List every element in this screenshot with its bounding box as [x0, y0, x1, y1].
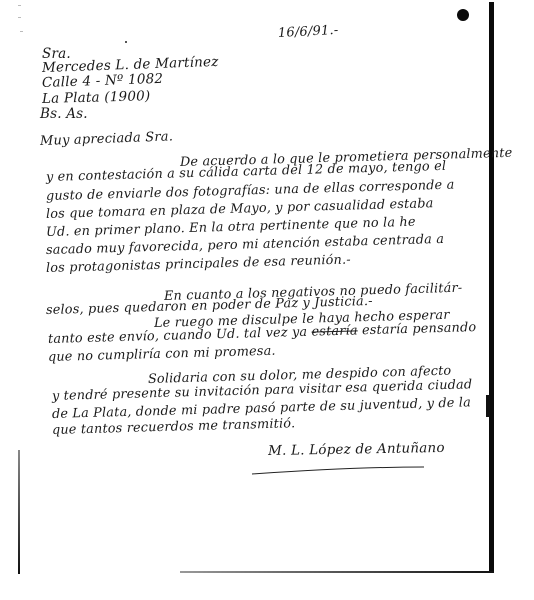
recipient-city: La Plata (1900) [42, 88, 151, 107]
punch-hole-mark [457, 9, 469, 21]
body-line-tail: estaría pensando [362, 320, 477, 338]
scan-edge-notch [486, 395, 490, 417]
recipient-province: Bs. As. [40, 106, 88, 122]
scan-edge-bottom [180, 571, 494, 573]
scan-edge-left [18, 450, 20, 574]
letter-date: 16/6/91.- [278, 23, 339, 41]
body-line: que no cumpliría con mi promesa. [48, 344, 276, 365]
signature-flourish [250, 466, 426, 476]
scan-edge-right [489, 2, 494, 572]
signature: M. L. López de Antuñano [268, 440, 445, 459]
letter-greeting: Muy apreciada Sra. [40, 129, 174, 149]
scanned-letter-page: 16/6/91.- Sra. Mercedes L. de Martínez C… [0, 0, 534, 600]
struck-word: estaría [311, 323, 358, 339]
